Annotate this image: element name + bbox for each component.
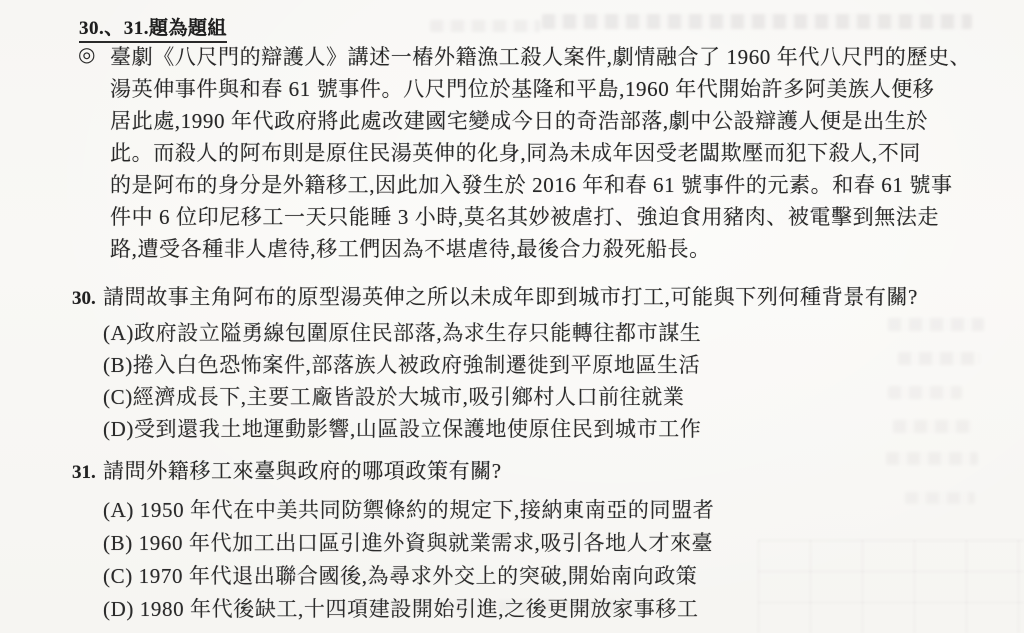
bleedthrough-text-artifact	[430, 20, 540, 32]
question-30-stem: 請問故事主角阿布的原型湯英伸之所以未成年即到城市打工,可能與下列何種背景有關?	[103, 281, 918, 314]
question-31-stem-row: 31. 請問外籍移工來臺與政府的哪項政策有關?	[72, 455, 972, 488]
passage-line: 居此處,1990 年代政府將此處改建國宅變成今日的奇浩部落,劇中公設辯護人便是出…	[110, 105, 973, 137]
question-30-options: (A)政府設立隘勇線包圍原住民部落,為求生存只能轉往都市謀生 (B)捲入白色恐怖…	[103, 317, 972, 445]
question-31-options: (A) 1950 年代在中美共同防禦條約的規定下,接納東南亞的同盟者 (B) 1…	[103, 494, 972, 626]
question-31-option-a: (A) 1950 年代在中美共同防禦條約的規定下,接納東南亞的同盟者	[103, 494, 972, 527]
question-30: 30. 請問故事主角阿布的原型湯英伸之所以未成年即到城市打工,可能與下列何種背景…	[72, 281, 972, 445]
question-30-option-c: (C)經濟成長下,主要工廠皆設於大城市,吸引鄉村人口前往就業	[103, 381, 972, 413]
bleedthrough-text-artifact	[542, 14, 972, 29]
question-group-header-text: 30.、31.題為題組	[79, 18, 227, 43]
question-30-option-a: (A)政府設立隘勇線包圍原住民部落,為求生存只能轉往都市謀生	[103, 317, 972, 349]
scanned-exam-page: 30.、31.題為題組 ◎ 臺劇《八尺門的辯護人》講述一樁外籍漁工殺人案件,劇情…	[0, 0, 1024, 633]
question-31-stem: 請問外籍移工來臺與政府的哪項政策有關?	[103, 455, 502, 488]
passage-bullet-marker: ◎	[78, 42, 95, 67]
passage-line: 臺劇《八尺門的辯護人》講述一樁外籍漁工殺人案件,劇情融合了 1960 年代八尺門…	[110, 41, 973, 73]
question-30-option-b: (B)捲入白色恐怖案件,部落族人被政府強制遷徙到平原地區生活	[103, 349, 972, 381]
passage-line: 路,遭受各種非人虐待,移工們因為不堪虐待,最後合力殺死船長。	[110, 233, 973, 265]
passage-line: 的是阿布的身分是外籍移工,因此加入發生於 2016 年和春 61 號事件的元素。…	[110, 169, 973, 201]
question-31-option-b: (B) 1960 年代加工出口區引進外資與就業需求,吸引各地人才來臺	[103, 527, 972, 560]
question-group-header: 30.、31.題為題組	[79, 13, 227, 40]
passage-line: 件中 6 位印尼移工一天只能睡 3 小時,莫名其妙被虐打、強迫食用豬肉、被電擊到…	[110, 201, 973, 233]
question-30-number: 30.	[72, 282, 103, 315]
reading-passage: ◎ 臺劇《八尺門的辯護人》講述一樁外籍漁工殺人案件,劇情融合了 1960 年代八…	[78, 41, 973, 265]
question-30-option-d: (D)受到還我土地運動影響,山區設立保護地使原住民到城市工作	[103, 413, 972, 445]
question-30-stem-row: 30. 請問故事主角阿布的原型湯英伸之所以未成年即到城市打工,可能與下列何種背景…	[72, 281, 972, 314]
question-31-option-c: (C) 1970 年代退出聯合國後,為尋求外交上的突破,開始南向政策	[103, 560, 972, 593]
question-31-number: 31.	[72, 456, 103, 489]
passage-text: 臺劇《八尺門的辯護人》講述一樁外籍漁工殺人案件,劇情融合了 1960 年代八尺門…	[110, 41, 973, 265]
passage-line: 湯英伸事件與和春 61 號事件。八尺門位於基隆和平島,1960 年代開始許多阿美…	[110, 73, 973, 105]
question-31-option-d: (D) 1980 年代後缺工,十四項建設開始引進,之後更開放家事移工	[103, 593, 972, 626]
question-31: 31. 請問外籍移工來臺與政府的哪項政策有關? (A) 1950 年代在中美共同…	[72, 455, 972, 626]
passage-line: 此。而殺人的阿布則是原住民湯英伸的化身,同為未成年因受老闆欺壓而犯下殺人,不同	[110, 137, 973, 169]
